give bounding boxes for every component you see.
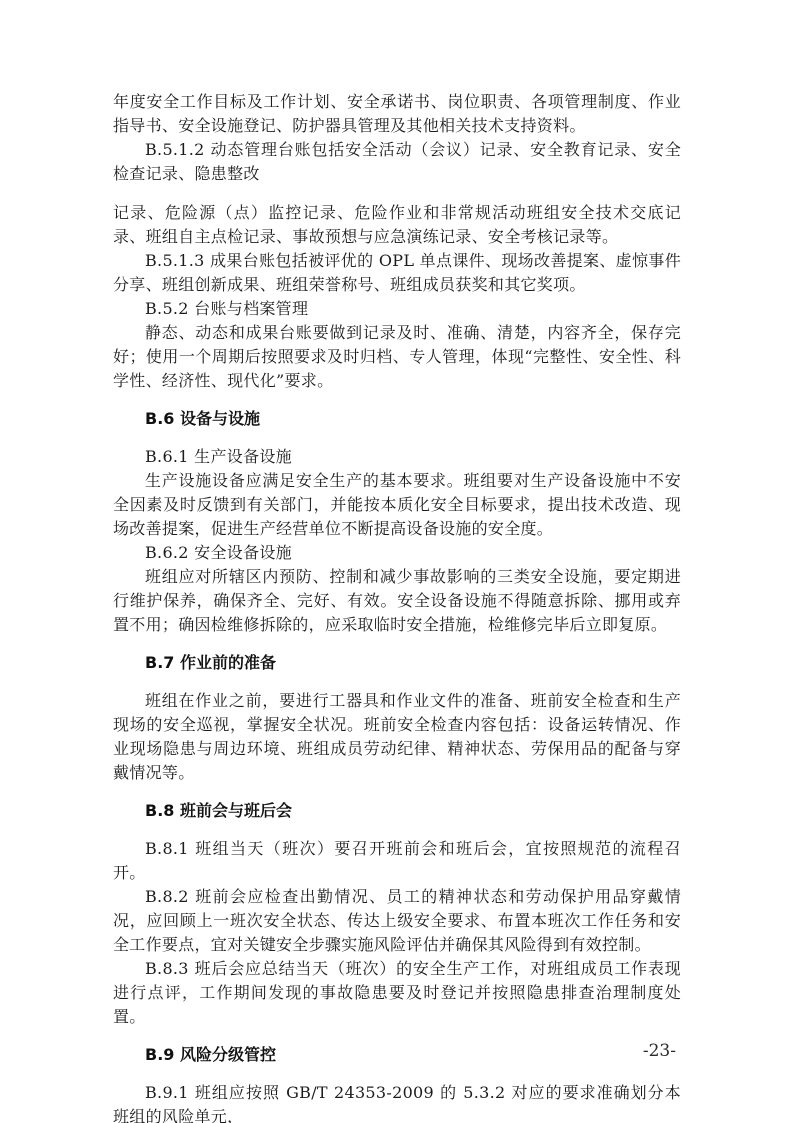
section-heading: B.8 班前会与班后会 — [113, 799, 681, 823]
paragraph: B.5.1.3 成果台账包括被评优的 OPL 单点课件、现场改善提案、虚惊事件分… — [113, 249, 681, 297]
paragraph: B.5.1.2 动态管理台账包括安全活动（会议）记录、安全教育记录、安全检查记录… — [113, 138, 681, 186]
document-page: 年度安全工作目标及工作计划、安全承诺书、岗位职责、各项管理制度、作业指导书、安全… — [0, 0, 794, 1123]
paragraph: 班组在作业之前，要进行工器具和作业文件的准备、班前安全检查和生产现场的安全巡视，… — [113, 689, 681, 785]
paragraph: B.5.2 台账与档案管理 — [113, 297, 681, 321]
paragraph: B.8.1 班组当天（班次）要召开班前会和班后会，宜按照规范的流程召开。 — [113, 837, 681, 885]
section-heading: B.9 风险分级管控 — [113, 1043, 681, 1067]
paragraph: B.9.1 班组应按照 GB/T 24353-2009 的 5.3.2 对应的要… — [113, 1081, 681, 1123]
paragraph: B.6.1 生产设备设施 — [113, 445, 681, 469]
paragraph: 静态、动态和成果台账要做到记录及时、准确、清楚，内容齐全，保存完好；使用一个周期… — [113, 321, 681, 393]
paragraph: 班组应对所辖区内预防、控制和减少事故影响的三类安全设施，要定期进行维护保养，确保… — [113, 565, 681, 637]
section-heading: B.7 作业前的准备 — [113, 651, 681, 675]
paragraph: 生产设施设备应满足安全生产的基本要求。班组要对生产设备设施中不安全因素及时反馈到… — [113, 469, 681, 541]
paragraph: B.8.2 班前会应检查出勤情况、员工的精神状态和劳动保护用品穿戴情况，应回顾上… — [113, 885, 681, 957]
paragraph: B.8.3 班后会应总结当天（班次）的安全生产工作，对班组成员工作表现进行点评，… — [113, 957, 681, 1029]
paragraph: 记录、危险源（点）监控记录、危险作业和非常规活动班组安全技术交底记录、班组自主点… — [113, 201, 681, 249]
page-number: -23- — [643, 1040, 676, 1062]
paragraph: B.6.2 安全设备设施 — [113, 541, 681, 565]
document-body: 年度安全工作目标及工作计划、安全承诺书、岗位职责、各项管理制度、作业指导书、安全… — [113, 90, 681, 1123]
section-heading: B.6 设备与设施 — [113, 407, 681, 431]
paragraph: 年度安全工作目标及工作计划、安全承诺书、岗位职责、各项管理制度、作业指导书、安全… — [113, 90, 681, 138]
paragraph-gap — [113, 186, 681, 201]
